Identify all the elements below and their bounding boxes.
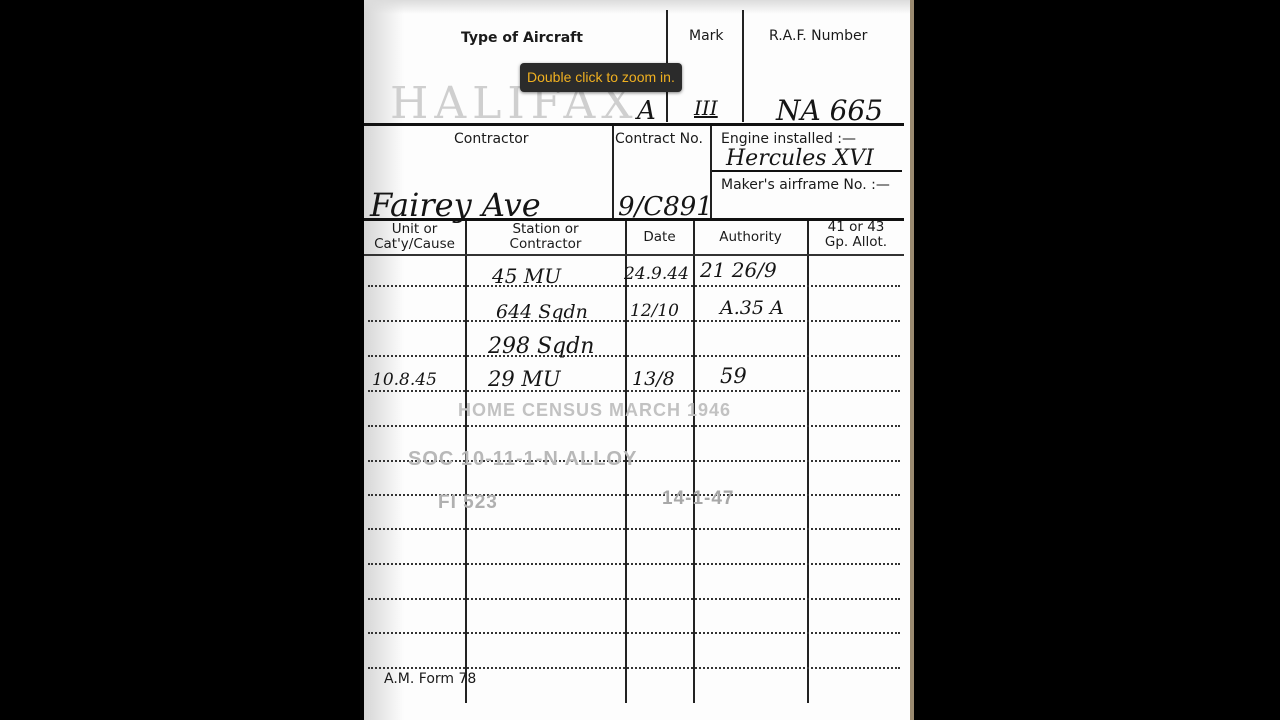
row-line: [368, 425, 900, 427]
zoom-tooltip: Double click to zoom in.: [520, 63, 682, 92]
disposal-stamp: SOC 10-11-1-N ALLOY: [408, 448, 637, 471]
page-shadow: [364, 0, 914, 14]
cell-authority: A.35 A: [720, 297, 784, 319]
contractor-label: Contractor: [454, 131, 529, 147]
cell-unit: 10.8.45: [372, 370, 437, 390]
row-line: [368, 355, 900, 357]
cell-date: 12/10: [630, 301, 679, 321]
col-header-station-line2: Contractor: [466, 237, 625, 252]
col-header-unit: Unit or Cat'y/Cause: [364, 222, 465, 252]
document-page[interactable]: Type of Aircraft Mark R.A.F. Number HALI…: [364, 0, 914, 720]
row-line: [368, 390, 900, 392]
col-header-date: Date: [626, 230, 693, 245]
row-line: [368, 285, 900, 287]
table-header-rule: [364, 254, 904, 256]
engine-rule: [712, 170, 902, 172]
row-line: [368, 598, 900, 600]
makers-airframe-label: Maker's airframe No. :—: [721, 177, 890, 193]
cell-date: 24.9.44: [624, 264, 689, 284]
divider-mark-right: [742, 10, 744, 122]
cell-date: 13/8: [632, 368, 675, 390]
type-of-aircraft-label: Type of Aircraft: [461, 30, 583, 46]
cell-station: 644 Sqdn: [496, 301, 588, 323]
reference-date-stamp: 14-1-47: [662, 488, 735, 510]
census-stamp: HOME CENSUS MARCH 1946: [458, 400, 731, 421]
col-divider-3: [693, 221, 695, 703]
cell-authority: 59: [720, 364, 747, 388]
engine-installed-label: Engine installed :—: [721, 131, 856, 147]
col-header-allot: 41 or 43 Gp. Allot.: [808, 220, 904, 250]
header-rule: [364, 123, 904, 126]
contract-no-label: Contract No.: [615, 131, 703, 147]
row-line: [368, 667, 900, 669]
cell-station: 45 MU: [492, 264, 561, 288]
col-header-station: Station or Contractor: [466, 222, 625, 252]
reference-stamp: FI 523: [438, 492, 498, 514]
cell-authority: 21 26/9: [700, 258, 777, 282]
col-header-allot-line1: 41 or 43: [808, 220, 904, 235]
type-suffix-value: A: [637, 96, 656, 126]
cell-station: 29 MU: [488, 367, 561, 391]
form-number: A.M. Form 78: [384, 671, 476, 687]
page-edge: [910, 0, 914, 720]
col-header-station-line1: Station or: [466, 222, 625, 237]
engine-installed-value: Hercules XVI: [726, 146, 874, 171]
cell-station: 298 Sqdn: [488, 334, 594, 359]
divider-contract-left: [612, 126, 614, 220]
col-header-authority: Authority: [694, 230, 807, 245]
col-header-unit-line2: Cat'y/Cause: [364, 237, 465, 252]
row-line: [368, 563, 900, 565]
col-divider-4: [807, 221, 809, 703]
row-line: [368, 632, 900, 634]
mark-label: Mark: [689, 28, 724, 44]
col-header-unit-line1: Unit or: [364, 222, 465, 237]
col-header-allot-line2: Gp. Allot.: [808, 235, 904, 250]
row-line: [368, 528, 900, 530]
raf-number-label: R.A.F. Number: [769, 28, 867, 44]
mark-value: III: [694, 96, 718, 120]
